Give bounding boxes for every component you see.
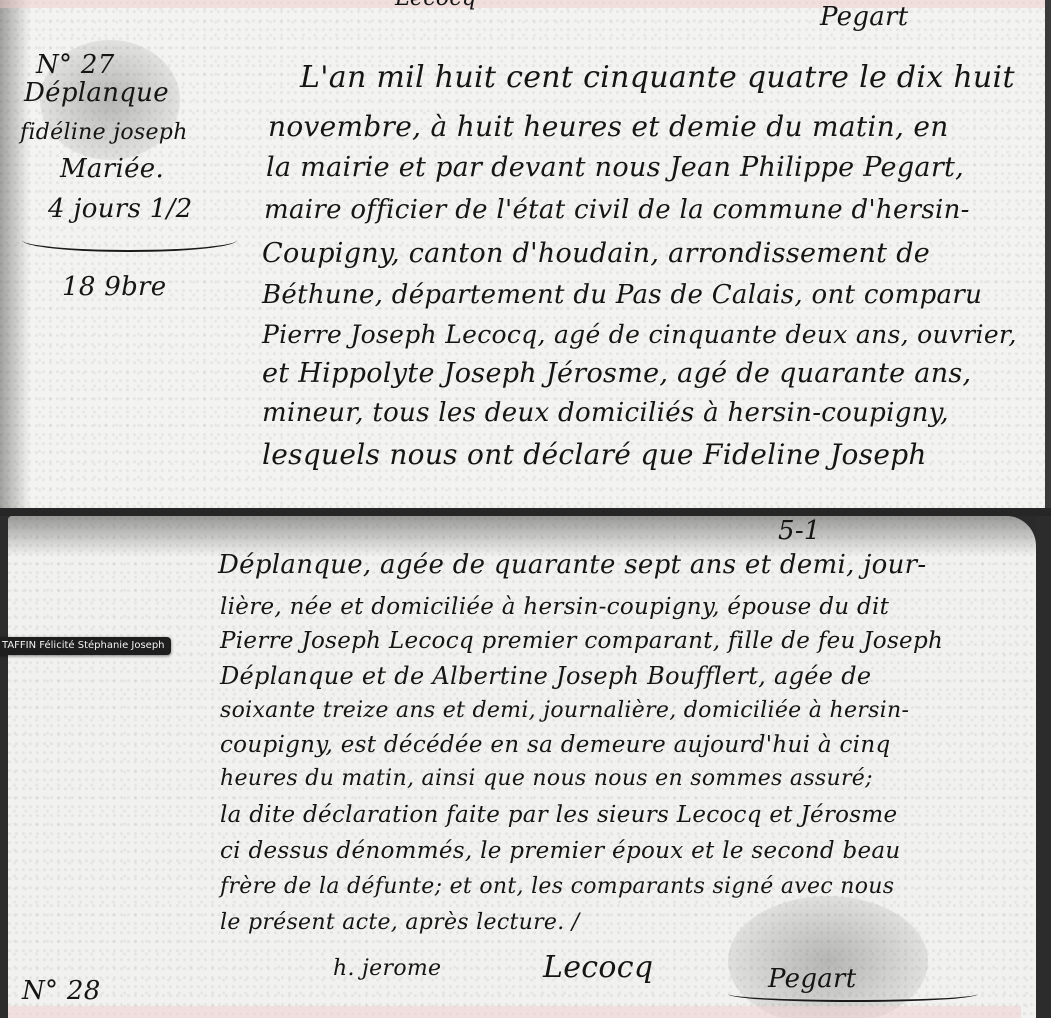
text-line: maire officier de l'état civil de la com… xyxy=(264,195,970,225)
margin-status: Mariée. xyxy=(60,152,164,186)
signature-lecocq: Lecocq xyxy=(543,950,653,985)
scan-frame-right xyxy=(1036,516,1051,1018)
text-line: lière, née et domiciliée à hersin-coupig… xyxy=(220,594,889,620)
text-line: et Hippolyte Joseph Jérosme, agé de quar… xyxy=(262,358,971,389)
text-line: la mairie et par devant nous Jean Philip… xyxy=(266,152,964,183)
text-line: Pierre Joseph Lecocq, agé de cinquante d… xyxy=(262,320,1017,349)
document-page-bottom: 5-1 Déplanque, agée de quarante sept ans… xyxy=(8,516,1036,1018)
header-signature-lecocq: Lecocq xyxy=(395,0,476,11)
text-line: Déplanque et de Albertine Joseph Bouffle… xyxy=(220,662,871,690)
page-mark: 5-1 xyxy=(778,516,821,546)
text-line: ci dessus dénommés, le premier époux et … xyxy=(220,838,901,864)
margin-duration: 4 jours 1/2 xyxy=(48,192,192,226)
text-line: mineur, tous les deux domiciliés à hersi… xyxy=(262,398,949,428)
text-line: Coupigny, canton d'houdain, arrondisseme… xyxy=(262,238,930,269)
text-line: heures du matin, ainsi que nous nous en … xyxy=(220,766,873,791)
text-line: novembre, à huit heures et demie du mati… xyxy=(268,110,949,143)
text-line: Déplanque, agée de quarante sept ans et … xyxy=(218,550,926,580)
header-signature-pegart: Pegart xyxy=(820,2,909,32)
document-page-top: Lecocq Pegart N° 27 Déplanque fidéline j… xyxy=(0,0,1051,508)
scan-frame-left xyxy=(0,516,8,1018)
margin-flourish xyxy=(22,228,237,252)
signature-jerome: h. jerome xyxy=(333,956,441,981)
text-line: frère de la défunte; et ont, les compara… xyxy=(220,874,894,899)
text-line: L'an mil huit cent cinquante quatre le d… xyxy=(300,60,1015,95)
person-tag[interactable]: TAFFIN Félicité Stéphanie Joseph xyxy=(0,637,171,655)
text-line: coupigny, est décédée en sa demeure aujo… xyxy=(220,732,890,758)
text-line: la dite déclaration faite par les sieurs… xyxy=(220,802,897,828)
text-line: lesquels nous ont déclaré que Fideline J… xyxy=(262,438,927,471)
margin-given-names: fidéline joseph xyxy=(20,116,188,150)
record-highlight-bottom xyxy=(8,1006,1021,1018)
signature-flourish xyxy=(728,986,978,1002)
text-line: Béthune, département du Pas de Calais, o… xyxy=(262,280,982,310)
margin-folio: 18 9bre xyxy=(62,270,166,304)
page-divider xyxy=(0,508,1051,516)
next-record-number: N° 28 xyxy=(22,974,101,1008)
text-line: le présent acte, après lecture. / xyxy=(220,910,580,935)
margin-surname: Déplanque xyxy=(24,76,169,110)
text-line: soixante treize ans et demi, journalière… xyxy=(220,698,909,723)
text-line: Pierre Joseph Lecocq premier comparant, … xyxy=(220,628,943,654)
